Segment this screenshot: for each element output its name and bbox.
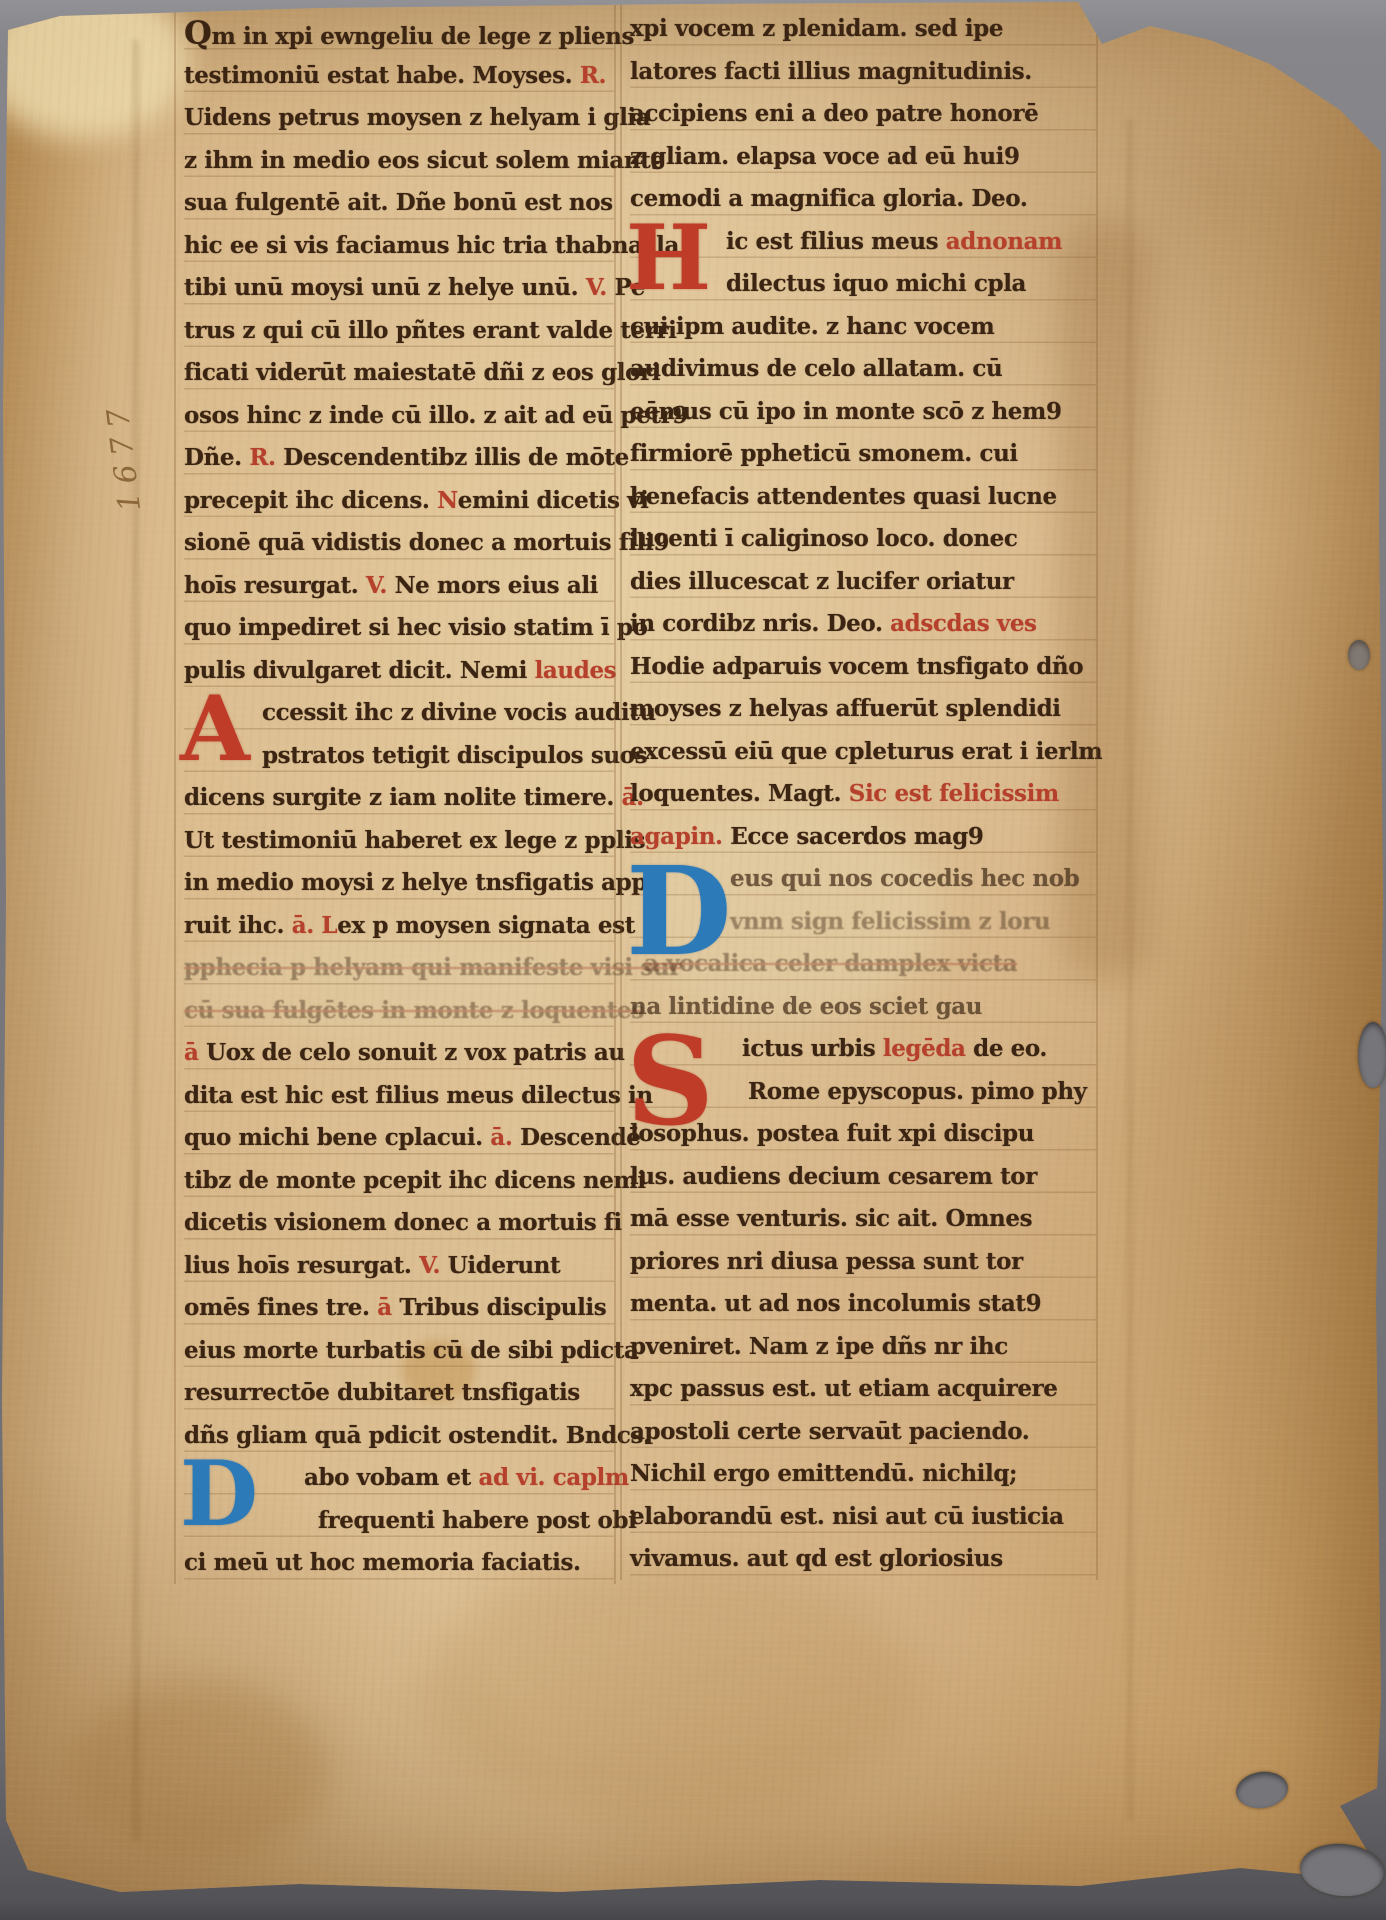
- body-text: moyses z helyas affuerūt splendidi: [630, 695, 1061, 722]
- body-text: in cordibz nris. Deo.: [630, 610, 890, 637]
- rubric-text: ad vi. caplm: [478, 1464, 628, 1491]
- body-text: quo michi bene cplacui.: [184, 1124, 490, 1151]
- rubric-text: agapin.: [630, 823, 730, 850]
- manuscript-text-line: eius morte turbatis cū de sibi pdicta: [184, 1330, 628, 1373]
- manuscript-text-line: ic est filius meus adnonam: [630, 221, 1110, 264]
- body-text: a vocalica celer damplex victa: [644, 950, 1017, 977]
- manuscript-text-line: pstratos tetigit discipulos suos: [184, 735, 628, 778]
- rubric-text: V.: [586, 274, 615, 301]
- body-text: Ecce sacerdos mag9: [730, 823, 983, 850]
- body-text: Hodie adparuis vocem tnsfigato dño: [630, 653, 1083, 680]
- body-text: lucenti ī caliginoso loco. donec: [630, 525, 1018, 552]
- body-text: menta. ut ad nos incolumis stat9: [630, 1290, 1041, 1317]
- body-text: Ut testimoniū haberet ex lege z pplis: [184, 827, 645, 854]
- rubric-text: ā. L: [292, 912, 338, 939]
- manuscript-text-line: firmiorē ppheticū smonem. cui: [630, 433, 1110, 476]
- body-text: Tribus discipulis: [399, 1294, 606, 1321]
- manuscript-text-line: cū sua fulgētes in monte z loquentes: [184, 990, 628, 1033]
- hole-damage: [1358, 1022, 1386, 1088]
- body-text: trus z qui cū illo pñtes erant valde ter…: [184, 317, 677, 344]
- manuscript-text-line: sua fulgentē ait. Dñe bonū est nos: [184, 182, 628, 225]
- manuscript-text-line: loquentes. Magt. Sic est felicissim: [630, 773, 1110, 816]
- manuscript-text-line: mā esse venturis. sic ait. Omnes: [630, 1198, 1110, 1241]
- manuscript-text-line: z gliam. elapsa voce ad eū hui9: [630, 136, 1110, 179]
- manuscript-text-line: hic ee si vis faciamus hic tria thabnacl…: [184, 225, 628, 268]
- rubric-text: ā: [184, 1039, 206, 1066]
- manuscript-text-line: eus qui nos cocedis hec nob: [630, 858, 1110, 901]
- body-text: vnm sign felicissim z loru: [730, 908, 1050, 935]
- body-text: vivamus. aut qd est gloriosius: [630, 1545, 1003, 1572]
- body-text: priores nri diusa pessa sunt tor: [630, 1248, 1023, 1275]
- body-text: dilectus iquo michi cpla: [726, 270, 1026, 297]
- body-text: eius morte turbatis cū de sibi pdicta: [184, 1337, 638, 1364]
- body-text: elaborandū est. nisi aut cū iusticia: [630, 1503, 1064, 1530]
- body-text: cui ipm audite. z hanc vocem: [630, 313, 994, 340]
- rubric-text: N: [437, 487, 458, 514]
- manuscript-text-line: quo impediret si hec visio statim ī po: [184, 607, 628, 650]
- body-text: Descendē: [520, 1124, 640, 1151]
- hole-damage: [1298, 1840, 1386, 1899]
- body-text: mā esse venturis. sic ait. Omnes: [630, 1205, 1032, 1232]
- manuscript-text-line: na lintidine de eos sciet gau: [630, 986, 1110, 1029]
- body-text: frequenti habere post obi: [318, 1507, 636, 1534]
- rubric-text: ā.: [490, 1124, 520, 1151]
- body-text: Rome epyscopus. pimo phy: [748, 1078, 1087, 1105]
- rubric-text: V.: [419, 1252, 448, 1279]
- body-text: xpc passus est. ut etiam acquirere: [630, 1375, 1058, 1402]
- body-text: losophus. postea fuit xpi discipu: [630, 1120, 1034, 1147]
- body-text: benefacis attendentes quasi lucne: [630, 483, 1057, 510]
- body-text: dicetis visionem donec a mortuis fi: [184, 1209, 622, 1236]
- manuscript-text-line: precepit ihc dicens. Nemini dicetis vi: [184, 480, 628, 523]
- body-text: firmiorē ppheticū smonem. cui: [630, 440, 1018, 467]
- body-text: de eo.: [973, 1035, 1047, 1062]
- body-text: tibz de monte pcepit ihc dicens nemi: [184, 1167, 646, 1194]
- rubric-text: laudes: [535, 657, 617, 684]
- body-text: Uidens petrus moysen z helyam i glia: [184, 104, 650, 131]
- manuscript-text-line: lucenti ī caliginoso loco. donec: [630, 518, 1110, 561]
- body-text: Qm in xpi ewngeliu de lege z pliens: [184, 23, 634, 50]
- body-text: precepit ihc dicens.: [184, 487, 437, 514]
- manuscript-text-line: lius hoīs resurgat. V. Uiderunt: [184, 1245, 628, 1288]
- manuscript-text-line: excessū eiū que cpleturus erat i ierlm: [630, 731, 1110, 774]
- manuscript-text-line: priores nri diusa pessa sunt tor: [630, 1241, 1110, 1284]
- manuscript-text-line: vnm sign felicissim z loru: [630, 901, 1110, 944]
- rubric-text: adscdas ves: [890, 610, 1036, 637]
- text-column-left: Qm in xpi ewngeliu de lege z plienstesti…: [184, 12, 614, 1588]
- manuscript-text-line: latores facti illius magnitudinis.: [630, 51, 1110, 94]
- body-text: Dñe.: [184, 444, 249, 471]
- rubric-text: R.: [580, 62, 606, 89]
- body-text: cū sua fulgētes in monte z loquentes: [184, 997, 644, 1024]
- body-text: tibi unū moysi unū z helye unū.: [184, 274, 586, 301]
- rubric-text: Sic est felicissim: [849, 780, 1059, 807]
- manuscript-text-line: ficati viderūt maiestatē dñi z eos glori: [184, 352, 628, 395]
- body-text: testimoniū estat habe. Moyses.: [184, 62, 580, 89]
- body-text: dies illucescat z lucifer oriatur: [630, 568, 1014, 595]
- manuscript-text-line: dñs gliam quā pdicit ostendit. Bndcs.: [184, 1415, 628, 1458]
- body-text: Ne mors eius ali: [395, 572, 598, 599]
- manuscript-text-line: lus. audiens decium cesarem tor: [630, 1156, 1110, 1199]
- manuscript-text-line: losophus. postea fuit xpi discipu: [630, 1113, 1110, 1156]
- manuscript-text-line: cemodi a magnifica gloria. Deo.: [630, 178, 1110, 221]
- body-text: accipiens eni a deo patre honorē: [630, 100, 1038, 127]
- manuscript-text-line: dicens surgite z iam nolite timere. ā.: [184, 777, 628, 820]
- manuscript-text-line: osos hinc z inde cū illo. z ait ad eū pe…: [184, 395, 628, 438]
- body-text: loquentes. Magt.: [630, 780, 849, 807]
- stain: [420, 1560, 920, 1820]
- manuscript-text-line: frequenti habere post obi: [184, 1500, 628, 1543]
- body-text: dñs gliam quā pdicit ostendit. Bndcs.: [184, 1422, 651, 1449]
- manuscript-text-line: benefacis attendentes quasi lucne: [630, 476, 1110, 519]
- body-text: pstratos tetigit discipulos suos: [262, 742, 647, 769]
- manuscript-text-line: hoīs resurgat. V. Ne mors eius ali: [184, 565, 628, 608]
- manuscript-text-line: ruit ihc. ā. Lex p moysen signata est: [184, 905, 628, 948]
- manuscript-text-line: agapin. Ecce sacerdos mag9: [630, 816, 1110, 859]
- body-text: ic est filius meus: [726, 228, 946, 255]
- body-text: Uiderunt: [448, 1252, 561, 1279]
- manuscript-text-line: ictus urbis legēda de eo.: [630, 1028, 1110, 1071]
- body-text: pphecia p helyam qui manifeste visi sur: [184, 954, 681, 981]
- manuscript-text-line: dita est hic est filius meus dilectus in: [184, 1075, 628, 1118]
- rubric-text: V.: [366, 572, 395, 599]
- body-text: omēs fines tre.: [184, 1294, 377, 1321]
- manuscript-text-line: accipiens eni a deo patre honorē: [630, 93, 1110, 136]
- manuscript-text-line: Dñe. R. Descendentibz illis de mōte: [184, 437, 628, 480]
- body-text: xpi vocem z plenidam. sed ipe: [630, 15, 1003, 42]
- photograph-backdrop: { "artifact": "medieval manuscript leaf,…: [0, 0, 1386, 1920]
- body-text: Uox de celo sonuit z vox patris au: [206, 1039, 625, 1066]
- body-text: resurrectōe dubitaret tnsfigatis: [184, 1379, 580, 1406]
- manuscript-text-line: Qm in xpi ewngeliu de lege z pliens: [184, 12, 628, 55]
- stain: [70, 1680, 330, 1860]
- manuscript-text-line: z ihm in medio eos sicut solem miante: [184, 140, 628, 183]
- body-text: ccessit ihc z divine vocis auditu: [262, 699, 656, 726]
- manuscript-page: 1677 Qm in xpi ewngeliu de lege z pliens…: [0, 0, 1386, 1920]
- manuscript-text-line: testimoniū estat habe. Moyses. R.: [184, 55, 628, 98]
- body-text: pulis divulgaret dicit. Nemi: [184, 657, 535, 684]
- body-text: lius hoīs resurgat.: [184, 1252, 419, 1279]
- manuscript-text-line: xpc passus est. ut etiam acquirere: [630, 1368, 1110, 1411]
- manuscript-text-line: cui ipm audite. z hanc vocem: [630, 306, 1110, 349]
- body-text: ci meū ut hoc memoria faciatis.: [184, 1549, 581, 1576]
- margin-inscription: 1677: [96, 364, 153, 547]
- body-text: Descendentibz illis de mōte: [283, 444, 629, 471]
- body-text: ruit ihc.: [184, 912, 292, 939]
- manuscript-text-line: dicetis visionem donec a mortuis fi: [184, 1202, 628, 1245]
- body-text: z gliam. elapsa voce ad eū hui9: [630, 143, 1020, 170]
- manuscript-text-line: Nichil ergo emittendū. nichilq;: [630, 1453, 1110, 1496]
- manuscript-text-line: in medio moysi z helye tnsfigatis appa: [184, 862, 628, 905]
- manuscript-text-line: pphecia p helyam qui manifeste visi sur: [184, 947, 628, 990]
- manuscript-text-line: moyses z helyas affuerūt splendidi: [630, 688, 1110, 731]
- manuscript-text-line: in cordibz nris. Deo. adscdas ves: [630, 603, 1110, 646]
- stain: [0, 0, 190, 140]
- body-text: excessū eiū que cpleturus erat i ierlm: [630, 738, 1102, 765]
- manuscript-text-line: resurrectōe dubitaret tnsfigatis: [184, 1372, 628, 1415]
- manuscript-text-line: audivimus de celo allatam. cū: [630, 348, 1110, 391]
- body-text: audivimus de celo allatam. cū: [630, 355, 1002, 382]
- body-text: hic ee si vis faciamus hic tria thabnacl…: [184, 232, 679, 259]
- body-text: dita est hic est filius meus dilectus in: [184, 1082, 653, 1109]
- body-text: ficati viderūt maiestatē dñi z eos glori: [184, 359, 660, 386]
- manuscript-text-line: ccessit ihc z divine vocis auditu: [184, 692, 628, 735]
- manuscript-text-line: apostoli certe servaūt paciendo.: [630, 1411, 1110, 1454]
- body-text: Nichil ergo emittendū. nichilq;: [630, 1460, 1017, 1487]
- manuscript-text-line: Hodie adparuis vocem tnsfigato dño: [630, 646, 1110, 689]
- body-text: dicens surgite z iam nolite timere.: [184, 784, 622, 811]
- manuscript-text-line: sionē quā vidistis donec a mortuis fili9: [184, 522, 628, 565]
- body-text: osos hinc z inde cū illo. z ait ad eū pe…: [184, 402, 688, 429]
- manuscript-text-line: ci meū ut hoc memoria faciatis.: [184, 1542, 628, 1585]
- fold-crease: [1128, 120, 1132, 1820]
- manuscript-text-line: elaborandū est. nisi aut cū iusticia: [630, 1496, 1110, 1539]
- manuscript-text-line: omēs fines tre. ā Tribus discipulis: [184, 1287, 628, 1330]
- manuscript-text-line: eēmus cū ipo in monte scō z hem9: [630, 391, 1110, 434]
- manuscript-text-line: tibi unū moysi unū z helye unū. V. Pe: [184, 267, 628, 310]
- manuscript-text-line: trus z qui cū illo pñtes erant valde ter…: [184, 310, 628, 353]
- body-text: eēmus cū ipo in monte scō z hem9: [630, 398, 1062, 425]
- manuscript-text-line: vivamus. aut qd est gloriosius: [630, 1538, 1110, 1581]
- fold-crease: [134, 40, 138, 1840]
- body-text: cemodi a magnifica gloria. Deo.: [630, 185, 1027, 212]
- body-text: in medio moysi z helye tnsfigatis appa: [184, 869, 662, 896]
- body-text: hoīs resurgat.: [184, 572, 366, 599]
- manuscript-text-line: Uidens petrus moysen z helyam i glia: [184, 97, 628, 140]
- manuscript-text-line: Ut testimoniū haberet ex lege z pplis: [184, 820, 628, 863]
- body-text: pveniret. Nam z ipe dñs nr ihc: [630, 1333, 1008, 1360]
- body-text: sua fulgentē ait. Dñe bonū est nos: [184, 189, 613, 216]
- manuscript-text-line: dilectus iquo michi cpla: [630, 263, 1110, 306]
- body-text: ictus urbis: [742, 1035, 883, 1062]
- rubric-text: ā: [377, 1294, 399, 1321]
- body-text: eus qui nos cocedis hec nob: [730, 865, 1079, 892]
- manuscript-text-line: abo vobam et ad vi. caplm: [184, 1457, 628, 1500]
- body-text: sionē quā vidistis donec a mortuis fili9: [184, 529, 669, 556]
- body-text: z ihm in medio eos sicut solem miante: [184, 147, 665, 174]
- manuscript-text-line: a vocalica celer damplex victa: [630, 943, 1110, 986]
- rubric-text: legēda: [883, 1035, 973, 1062]
- manuscript-text-line: menta. ut ad nos incolumis stat9: [630, 1283, 1110, 1326]
- manuscript-text-line: xpi vocem z plenidam. sed ipe: [630, 8, 1110, 51]
- body-text: ex p moysen signata est: [337, 912, 635, 939]
- hole-damage: [1348, 640, 1370, 670]
- manuscript-text-line: Rome epyscopus. pimo phy: [630, 1071, 1110, 1114]
- manuscript-text-line: ā Uox de celo sonuit z vox patris au: [184, 1032, 628, 1075]
- body-text: apostoli certe servaūt paciendo.: [630, 1418, 1029, 1445]
- manuscript-text-line: tibz de monte pcepit ihc dicens nemi: [184, 1160, 628, 1203]
- manuscript-text-line: dies illucescat z lucifer oriatur: [630, 561, 1110, 604]
- body-text: abo vobam et: [304, 1464, 478, 1491]
- manuscript-text-line: quo michi bene cplacui. ā. Descendē: [184, 1117, 628, 1160]
- body-text: na lintidine de eos sciet gau: [630, 993, 982, 1020]
- manuscript-text-line: pveniret. Nam z ipe dñs nr ihc: [630, 1326, 1110, 1369]
- rubric-text: R.: [249, 444, 283, 471]
- rubric-text: adnonam: [946, 228, 1062, 255]
- body-text: lus. audiens decium cesarem tor: [630, 1163, 1037, 1190]
- body-text: latores facti illius magnitudinis.: [630, 58, 1032, 85]
- text-column-right: xpi vocem z plenidam. sed ipelatores fac…: [630, 8, 1096, 1584]
- body-text: quo impediret si hec visio statim ī po: [184, 614, 648, 641]
- manuscript-text-line: pulis divulgaret dicit. Nemi laudes: [184, 650, 628, 693]
